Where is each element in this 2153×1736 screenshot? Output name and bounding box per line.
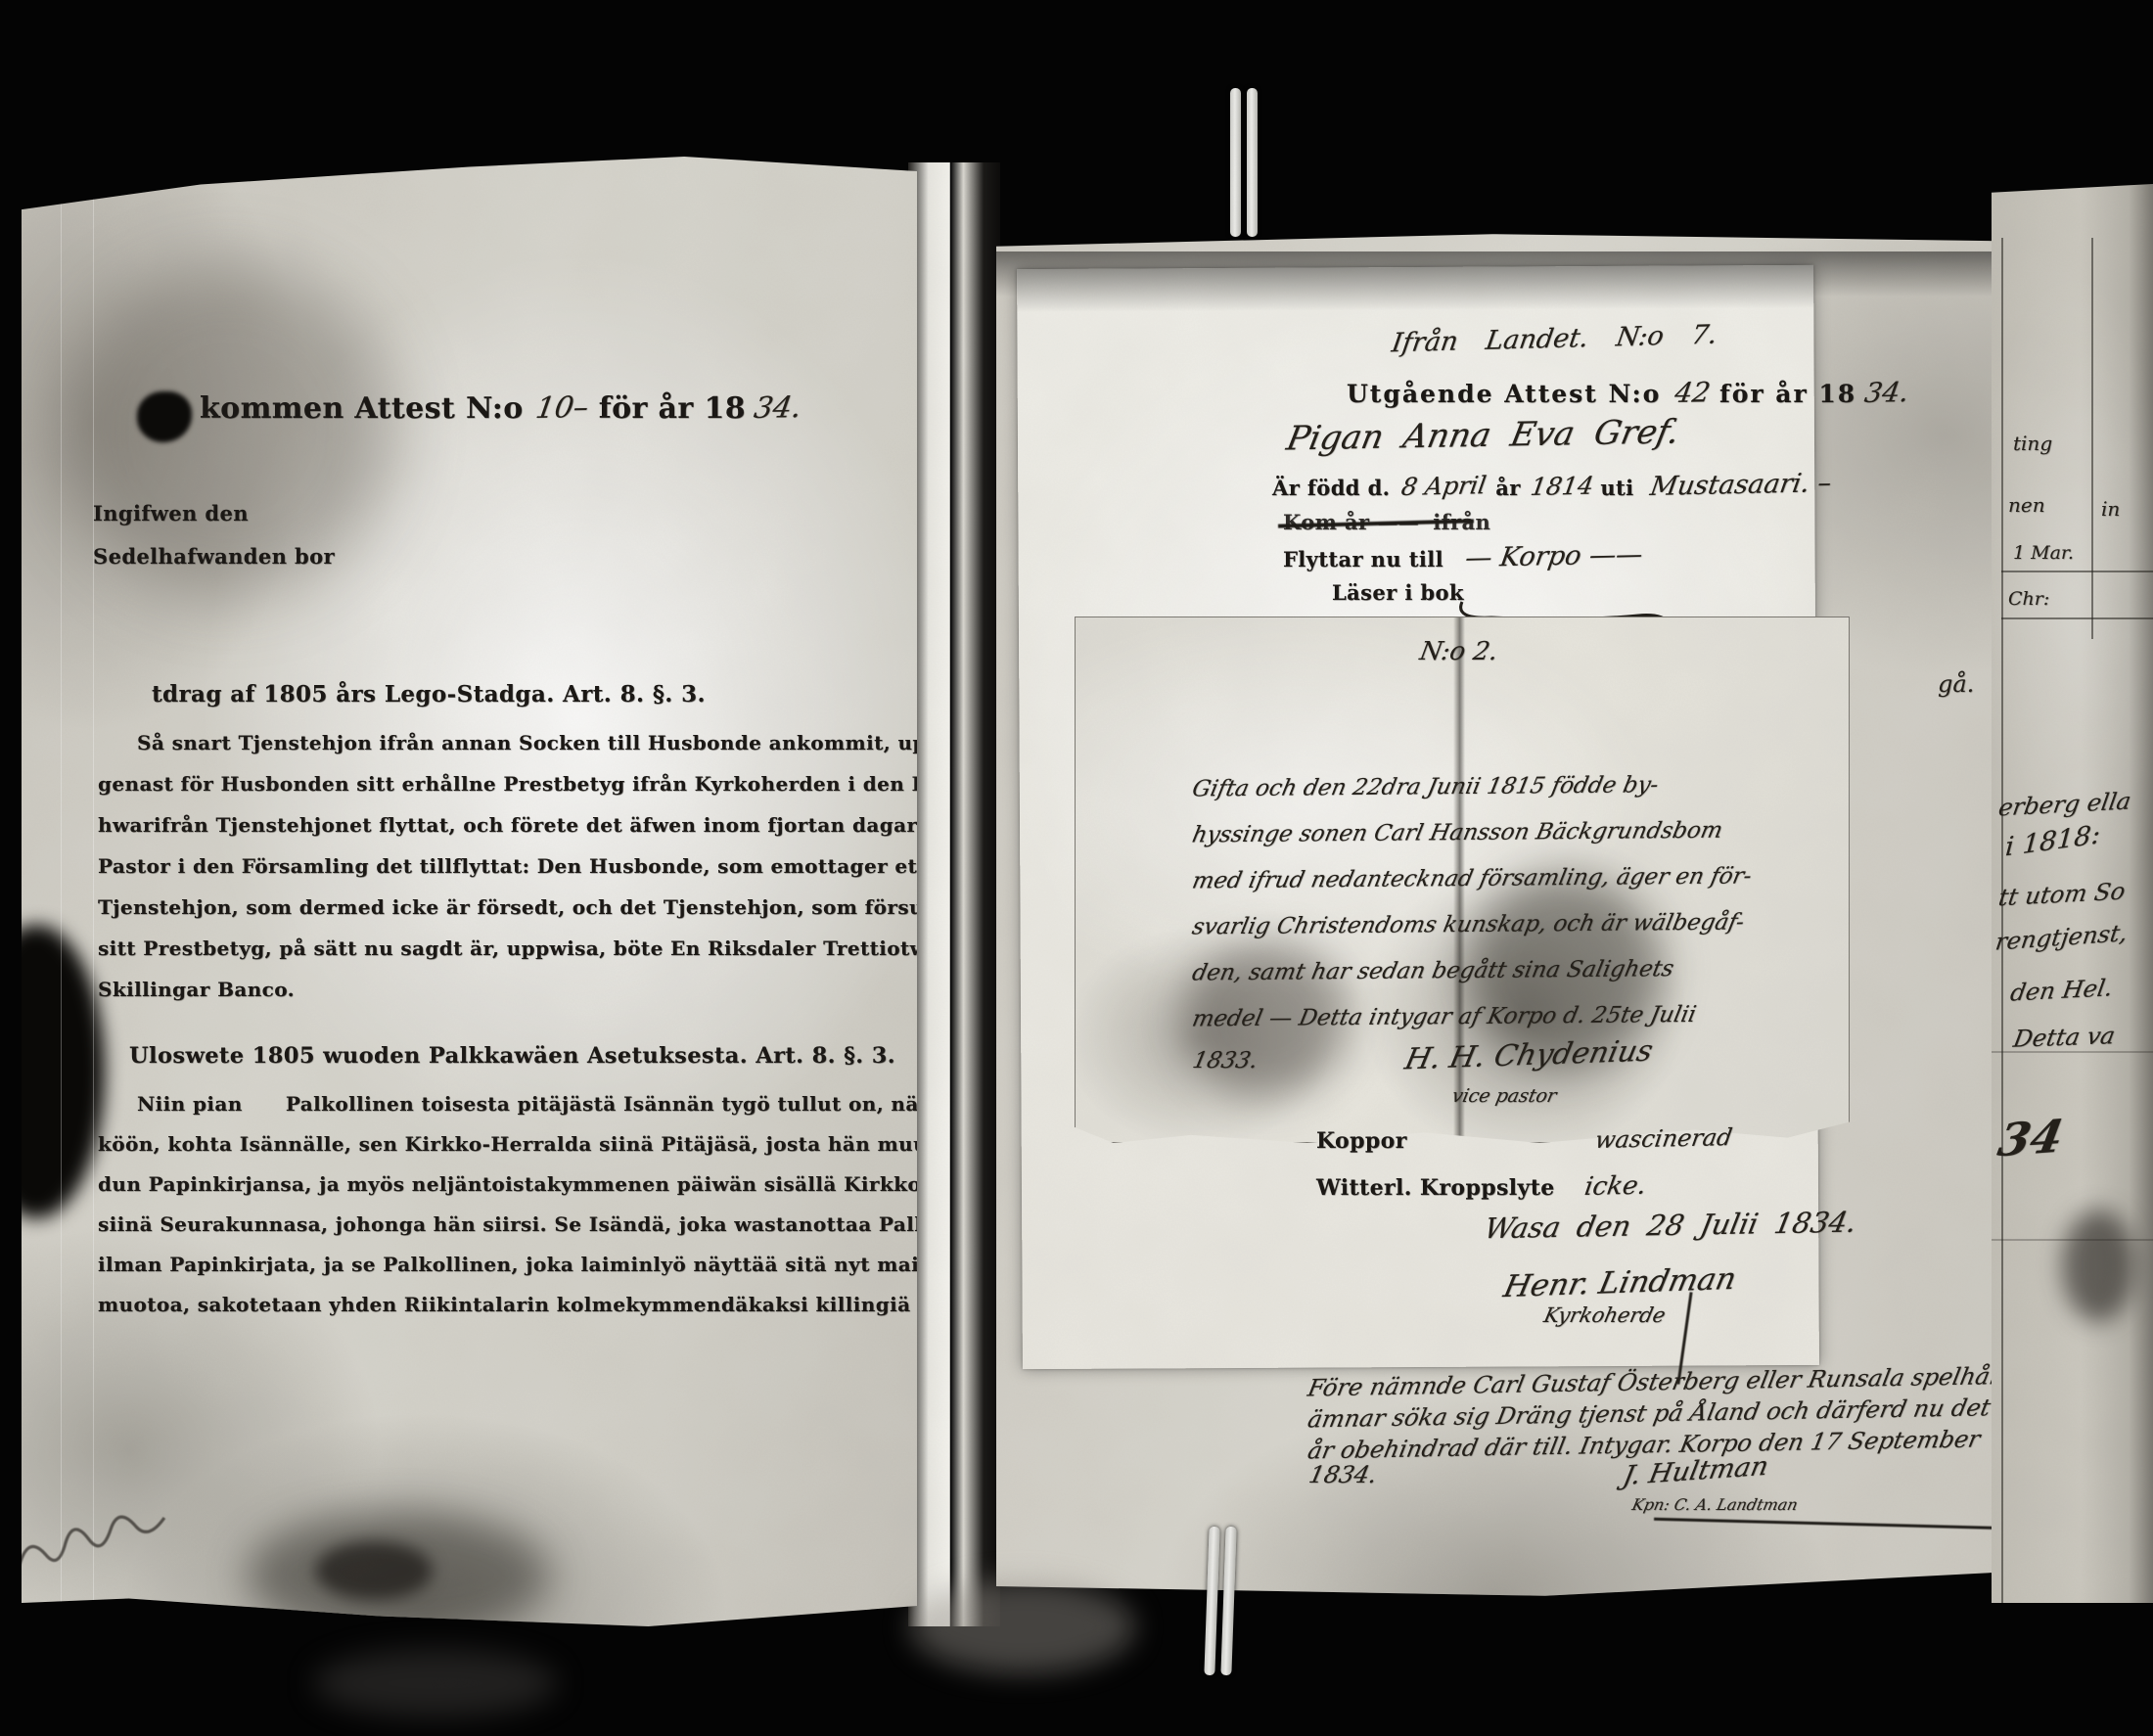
sheet-top-shadow-band [1017,265,1813,312]
strip-cell-text: 1 Mar. [2013,542,2074,564]
paragraph-line: ilman Papinkirjata, ja se Palkollinen, j… [98,1245,917,1285]
paragraph-line: sitt Prestbetyg, på sätt nu sagdt är, up… [98,928,917,969]
note-number: N:o 2. [1417,637,1500,666]
born-label: Är född d. [1272,476,1390,500]
bottom-left-smudge [313,1649,558,1717]
ink-blot [137,391,192,442]
paragraph-line: Så snart Tjenstehjon ifrån annan Socken … [98,722,917,763]
witterl-row: Witterl. Kroppslyte icke. [1316,1172,1643,1202]
outgoing-attest-number: 42 [1672,376,1713,409]
finnish-statute-paragraph: Niin pian Palkollinen toisesta pitäjästä… [98,1084,917,1325]
incoming-attest-year: 34. [752,390,803,426]
swedish-statute-paragraph: Så snart Tjenstehjon ifrån annan Socken … [98,722,917,1010]
birth-day-value: 8 April [1399,471,1489,501]
note-signature-title: vice pastor [1450,1085,1559,1107]
top-binding-post [1230,88,1241,237]
sedelhafwanden-label: Sedelhafwanden bor [93,544,335,569]
kom-ar-dash: —— [1377,510,1419,534]
scanned-church-record-spread: kommen Attest N:o 10– för år 18 34. Ingi… [0,0,2153,1736]
note-line: svarlig Christendoms kunskap, och är wäl… [1188,900,1747,951]
witterl-value: icke. [1582,1171,1648,1202]
strip-ruled-line [2001,238,2003,1603]
kom-ar-row: Kom år —— ifrån [1283,510,1490,534]
strip-ruled-line [2001,571,2153,572]
place-date-line: Wasa den 28 Julii 1834. [1482,1206,1859,1246]
laser-label: Läser i bok [1332,580,1464,605]
strip-fragment: den Hel. [2008,974,2115,1006]
flyttar-label: Flyttar nu till [1283,547,1443,571]
outgoing-attest-header-row: Utgående Attest N:o 42 för år 18 34. [1347,377,1906,409]
bottom-stain [247,1512,550,1626]
strip-ruled-line [2091,238,2093,639]
strip-ruled-line [2001,617,2153,619]
strip-fragment-year: 34 [1994,1110,2068,1166]
birth-year-value: 1814 [1529,472,1595,501]
flyttar-row: Flyttar nu till — Korpo —— [1283,543,1639,573]
paragraph-line: muotoa, sakotetaan yhden Riikintalarin k… [98,1285,917,1325]
bottom-note-signature-sub: Kpn: C. A. Landtman [1630,1495,1800,1514]
note-line: Gifta och den 22dra Junii 1815 födde by- [1188,762,1747,813]
born-place-label: uti [1600,476,1633,500]
paragraph-line: genast för Husbonden sitt erhållne Prest… [98,763,917,804]
strip-cell-text: in [2101,497,2120,521]
strip-fragment: Detta va [2011,1022,2117,1053]
incoming-attest-title: kommen Attest N:o [200,391,524,426]
incoming-attest-title-row: kommen Attest N:o 10– för år 18 34. [137,391,799,442]
paragraph-line: dun Papinkirjansa, ja myös neljäntoistak… [98,1165,917,1205]
laser-row: Läser i bok [1332,580,1464,605]
book-gutter [908,162,1000,1626]
ifran-label: ifrån [1433,510,1490,534]
outgoing-attest-for-year: för år 18 [1719,380,1856,408]
strip-fragment: rengtjenst, [1993,919,2129,955]
strip-fragment: erberg ella [1996,788,2132,822]
strip-cell-text: nen [2008,493,2045,517]
birth-place-value: Mustasaari. – [1648,468,1834,502]
top-binding-post [1247,88,1258,237]
paragraph-line: Pastor i den Församling det tillflyttat:… [98,845,917,887]
born-year-label: år [1495,476,1520,500]
note-line: medel — Detta intygar af Korpo d. 25te J… [1188,992,1747,1043]
inner-certificate-note: N:o 2. Gifta och den 22dra Junii 1815 fö… [1075,617,1850,1143]
bottom-gutter-smudge [910,1580,1135,1673]
strip-fragment: i 1818: [2004,820,2101,863]
scan-scratch-line [93,157,94,1626]
outgoing-attest-year: 34. [1862,376,1911,409]
outgoing-attest-title: Utgående Attest N:o [1347,380,1661,408]
incoming-attest-for-year: för år 18 [599,391,746,426]
finnish-statute-heading: Uloswete 1805 wuoden Palkkawäen Asetukse… [129,1043,895,1069]
koppor-label: Koppor [1316,1128,1407,1154]
swedish-statute-heading: tdrag af 1805 års Lego-Stadga. Art. 8. §… [152,681,706,708]
paragraph-line: siinä Seurakunnasa, johonga hän siirsi. … [98,1205,917,1245]
paragraph-line: hwarifrån Tjenstehjonet flyttat, och för… [98,804,917,845]
birth-row: Är född d. 8 April år 1814 uti Mustasaar… [1272,472,1828,502]
paragraph-line: Tjenstehjon, som dermed icke är försedt,… [98,887,917,928]
koppor-row: Koppor wascinerad [1316,1126,1729,1154]
strip-dark-blob [2062,1210,2135,1322]
note-line: med ifrud nedantecknad församling, äger … [1188,854,1747,905]
bottom-stain-core [315,1541,433,1600]
paragraph-line: köön, kohta Isännälle, sen Kirkko-Herral… [98,1124,917,1165]
note-line: hyssinge sonen Carl Hansson Bäckgrundsbo… [1188,808,1747,859]
margin-scribble [22,1484,183,1599]
note-line: den, samt har sedan begått sina Salighet… [1188,946,1747,997]
pastor-signature-title: Kyrkoherde [1541,1303,1668,1327]
witterl-label: Witterl. Kroppslyte [1316,1175,1555,1201]
right-edge-page-strip: ting nen in 1 Mar. Chr: erberg ella i 18… [1992,184,2153,1603]
incoming-attest-number: 10– [533,390,591,426]
scan-scratch-line [61,157,62,1626]
strip-crease-line [1992,1239,2153,1241]
paragraph-line: Skillingar Banco. [98,969,917,1010]
left-edge-ink-blob [22,925,105,1218]
strip-cell-text: Chr: [2008,588,2049,610]
left-page: kommen Attest N:o 10– för år 18 34. Ingi… [22,157,917,1626]
strip-fragment: tt utom So [1996,878,2127,912]
strip-cell-text: ting [2013,432,2052,455]
person-name-line: Pigan Anna Eva Gref. [1283,413,1682,459]
kom-ar-label: Kom år [1283,510,1369,534]
paragraph-line: Niin pian Palkollinen toisesta pitäjästä… [98,1084,917,1124]
note-body: Gifta och den 22dra Junii 1815 födde by-… [1193,764,1741,1081]
flyttar-value: — Korpo —— [1463,539,1645,573]
koppor-value: wascinerad [1593,1123,1734,1154]
fold-fragment: gå. [1938,670,1974,698]
ingifwen-label: Ingifwen den [93,501,249,525]
